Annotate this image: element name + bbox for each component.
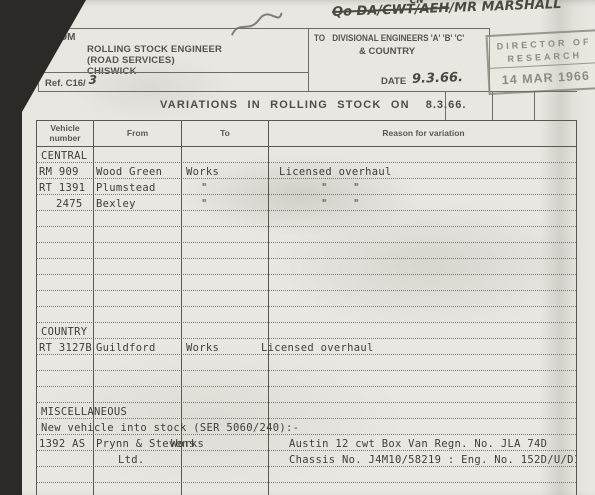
- from-box: FROM ROLLING STOCK ENGINEER (ROAD SERVIC…: [39, 29, 309, 91]
- section-label: COUNTRY: [41, 326, 87, 338]
- header-box: FROM ROLLING STOCK ENGINEER (ROAD SERVIC…: [38, 28, 490, 92]
- date-value-handwritten: 9.3.66.: [412, 70, 463, 87]
- empty-row: [37, 275, 576, 291]
- cell-reason-ditto: ": [321, 182, 328, 194]
- scanned-memo-document: Qo DA/CWT/AEHCN/MR MARSHALL FROM ROLLING…: [0, 0, 595, 495]
- cell-reason: Austin 12 cwt Box Van Regn. No. JLA 74D: [289, 438, 547, 450]
- recipient-line: TODIVISIONAL ENGINEERS 'A' 'B' 'C': [314, 33, 464, 43]
- cell-to: Works: [186, 342, 219, 354]
- title-text: VARIATIONS IN ROLLING STOCK ON: [160, 99, 410, 111]
- initial-box-line-2: [492, 92, 493, 120]
- table-row: 2475 Bexley " " ": [37, 195, 576, 211]
- empty-row: [37, 467, 576, 483]
- empty-row: [37, 371, 576, 387]
- sender-address-line2: (ROAD SERVICES): [87, 55, 222, 66]
- table-header-row: Vehicle number From To Reason for variat…: [37, 121, 576, 147]
- empty-row: [37, 355, 576, 371]
- cell-vehicle: 2475: [56, 198, 83, 210]
- section-row-country: COUNTRY: [37, 323, 576, 339]
- document-title: VARIATIONS IN ROLLING STOCK ON8.3.66.: [160, 99, 466, 111]
- header-to: To: [182, 121, 268, 146]
- table-row: 1392 AS Prynn & Stevens Works Austin 12 …: [37, 435, 576, 451]
- paper-sheet: Qo DA/CWT/AEHCN/MR MARSHALL FROM ROLLING…: [0, 0, 595, 495]
- routing-kept-text: /MR MARSHALL: [449, 0, 562, 16]
- cell-reason-ditto: ": [353, 198, 360, 210]
- header-vehicle-number: Vehicle number: [37, 121, 93, 146]
- table-row: RT 1391 Plumstead " " ": [37, 179, 576, 195]
- table-row: RM 909 Wood Green Works Licensed overhau…: [37, 163, 576, 179]
- cell-reason-ditto: ": [321, 198, 328, 210]
- cell-vehicle: RT 1391: [39, 182, 85, 194]
- date-label: DATE: [381, 76, 406, 87]
- empty-row: [37, 243, 576, 259]
- table-row: Ltd. Chassis No. J4M10/58219 : Eng. No. …: [37, 451, 576, 467]
- table-row: RT 3127B Guildford Works Licensed overha…: [37, 339, 576, 355]
- cell-from: Plumstead: [96, 182, 156, 194]
- cell-to: Works: [186, 166, 219, 178]
- from-label: FROM: [46, 32, 75, 43]
- cell-to: Works: [171, 438, 204, 450]
- empty-row: [37, 291, 576, 307]
- research-stamp: DIRECTOR OF RESEARCH 14 MAR 1966: [486, 29, 595, 95]
- ref-number-handwritten: 3: [89, 73, 97, 87]
- recipient-country: & COUNTRY: [359, 46, 415, 57]
- reference-line: Ref. C16/3: [45, 75, 97, 89]
- title-date: 8.3.66.: [426, 99, 467, 111]
- cell-from: Guildford: [96, 342, 156, 354]
- initial-box-line-3: [534, 92, 535, 120]
- cell-vehicle: RT 3127B: [39, 342, 92, 354]
- table-rows: CENTRAL RM 909 Wood Green Works Licensed…: [37, 147, 576, 495]
- section-label: CENTRAL: [41, 150, 87, 162]
- cell-to-ditto: ": [201, 198, 208, 210]
- cell-from: Ltd.: [118, 454, 145, 466]
- cell-reason: Licensed overhaul: [261, 342, 374, 354]
- empty-row: [37, 211, 576, 227]
- cell-from: Bexley: [96, 198, 136, 210]
- misc-note-row: New vehicle into stock (SER 5060/240):-: [37, 419, 576, 435]
- routing-struck-text: Qo DA/CWT/AEH: [332, 1, 450, 20]
- section-label: MISCELLANEOUS: [41, 406, 127, 418]
- cell-reason: Licensed overhaul: [279, 166, 392, 178]
- empty-row: [37, 259, 576, 275]
- cell-reason-ditto: ": [353, 182, 360, 194]
- cell-from: Wood Green: [96, 166, 162, 178]
- misc-note: New vehicle into stock (SER 5060/240):-: [41, 422, 299, 434]
- empty-row: [37, 387, 576, 403]
- recipient-engineers: DIVISIONAL ENGINEERS 'A' 'B' 'C': [332, 33, 464, 43]
- routing-annotation: Qo DA/CWT/AEHCN/MR MARSHALL: [332, 0, 562, 20]
- section-row-miscellaneous: MISCELLANEOUS: [37, 403, 576, 419]
- cell-reason: Chassis No. J4M10/58219 : Eng. No. 152D/…: [289, 454, 577, 466]
- variations-table: Vehicle number From To Reason for variat…: [36, 120, 577, 495]
- empty-row: [37, 227, 576, 243]
- empty-row: [37, 483, 576, 495]
- cell-vehicle: 1392 AS: [39, 438, 85, 450]
- routing-overwrite-text: CN: [410, 0, 424, 6]
- ref-divider-line: [39, 72, 308, 73]
- empty-row: [37, 307, 576, 323]
- cell-to-ditto: ": [201, 182, 208, 194]
- header-reason: Reason for variation: [269, 121, 577, 146]
- cell-vehicle: RM 909: [39, 166, 79, 178]
- ref-label: Ref. C16/: [45, 78, 86, 89]
- date-line: DATE9.3.66.: [381, 73, 463, 88]
- to-box: TODIVISIONAL ENGINEERS 'A' 'B' 'C' & COU…: [309, 29, 489, 91]
- section-row-central: CENTRAL: [37, 147, 576, 163]
- sender-address-line1: ROLLING STOCK ENGINEER: [87, 44, 222, 55]
- to-label: TO: [314, 33, 325, 43]
- header-from: From: [94, 121, 181, 146]
